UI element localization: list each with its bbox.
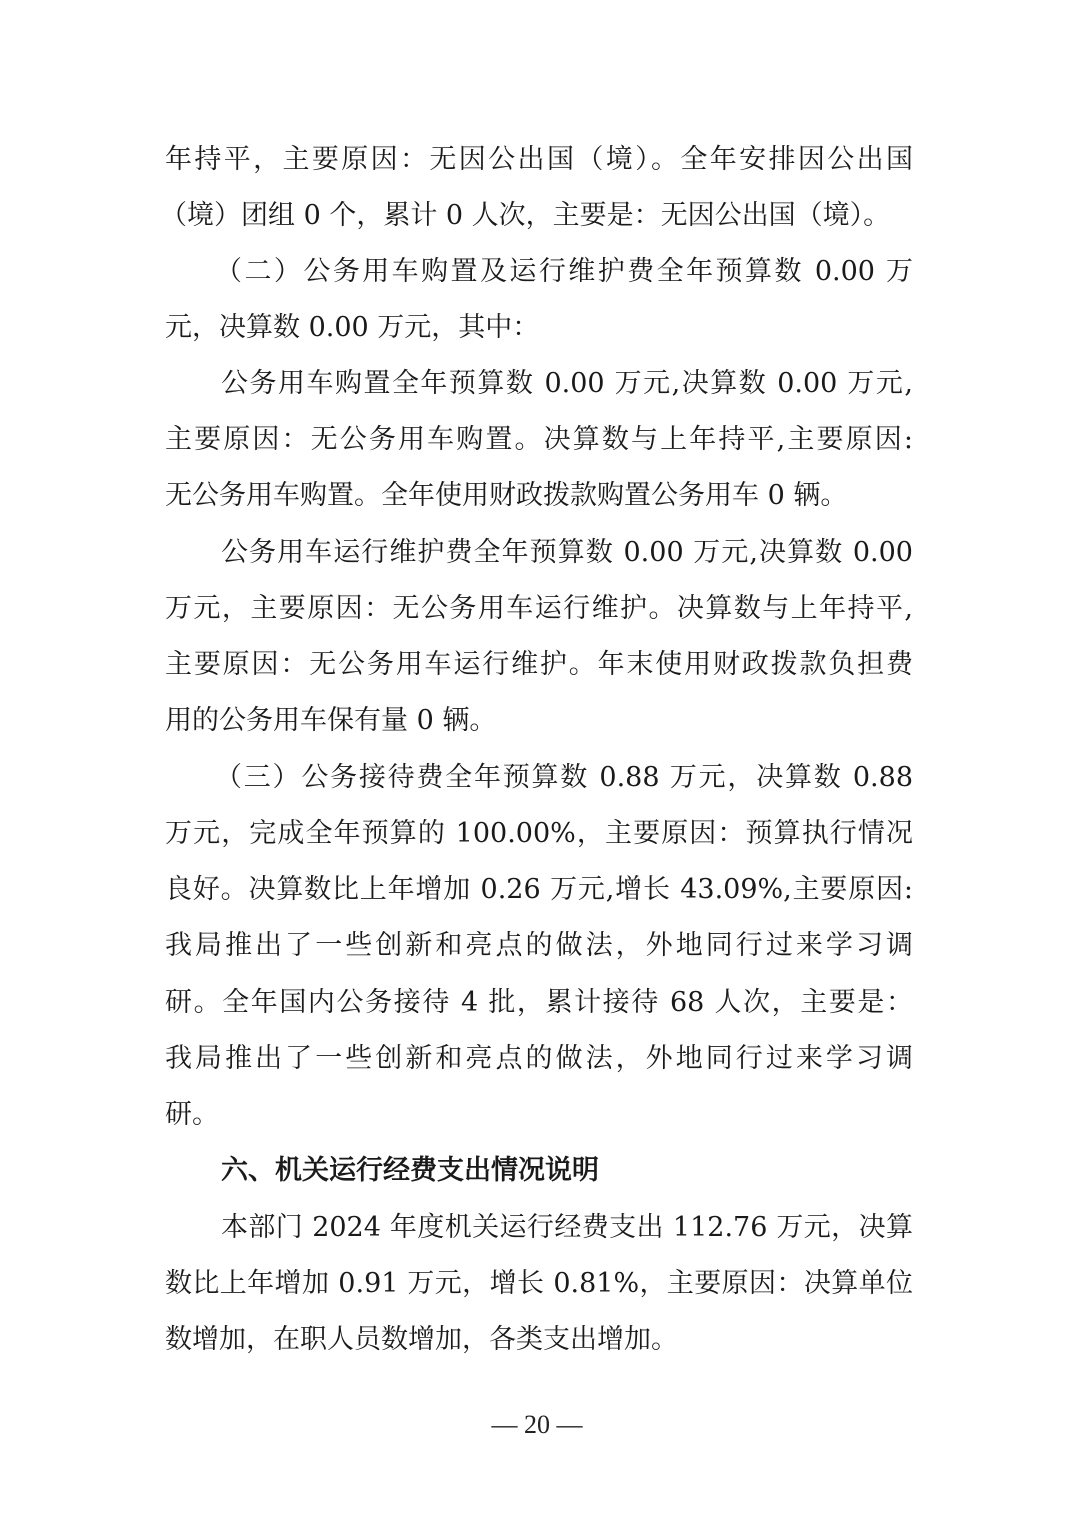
text-line: 万元，主要原因：无公务用车运行维护。决算数与上年持平, xyxy=(165,589,913,629)
text-line: 无公务用车购置。全年使用财政拨款购置公务用车 0 辆。 xyxy=(165,476,913,516)
text-line: 数比上年增加 0.91 万元，增长 0.81%，主要原因：决算单位 xyxy=(165,1264,913,1304)
text-line: 本部门 2024 年度机关运行经费支出 112.76 万元，决算 xyxy=(221,1208,913,1248)
text-line: 主要原因：无公务用车运行维护。年末使用财政拨款负担费 xyxy=(165,645,913,685)
text-line: 研。 xyxy=(165,1095,913,1135)
text-line: 万元，完成全年预算的 100.00%，主要原因：预算执行情况 xyxy=(165,814,913,854)
text-line: 公务用车运行维护费全年预算数 0.00 万元,决算数 0.00 xyxy=(221,533,913,573)
text-line: 年持平，主要原因：无因公出国（境）。全年安排因公出国 xyxy=(165,140,913,180)
document-page: 年持平，主要原因：无因公出国（境）。全年安排因公出国 （境）团组 0 个，累计 … xyxy=(0,0,1074,1520)
text-line: （二）公务用车购置及运行维护费全年预算数 0.00 万 xyxy=(215,252,913,292)
text-line: 数增加，在职人员数增加，各类支出增加。 xyxy=(165,1320,913,1360)
text-line: 良好。决算数比上年增加 0.26 万元,增长 43.09%,主要原因: xyxy=(165,870,913,910)
text-line: 研。全年国内公务接待 4 批，累计接待 68 人次，主要是： xyxy=(165,983,913,1023)
page-number: — 20 — xyxy=(0,1410,1074,1440)
text-line: （境）团组 0 个，累计 0 人次，主要是：无因公出国（境）。 xyxy=(160,196,908,236)
section-heading: 六、机关运行经费支出情况说明 xyxy=(221,1151,599,1191)
text-line: （三）公务接待费全年预算数 0.88 万元，决算数 0.88 xyxy=(215,758,913,798)
text-line: 我局推出了一些创新和亮点的做法，外地同行过来学习调 xyxy=(165,1039,913,1079)
text-line: 主要原因：无公务用车购置。决算数与上年持平,主要原因: xyxy=(165,420,913,460)
text-line: 元，决算数 0.00 万元，其中： xyxy=(165,308,913,348)
text-line: 我局推出了一些创新和亮点的做法，外地同行过来学习调 xyxy=(165,926,913,966)
text-line: 用的公务用车保有量 0 辆。 xyxy=(165,701,913,741)
text-line: 公务用车购置全年预算数 0.00 万元,决算数 0.00 万元, xyxy=(221,364,913,404)
